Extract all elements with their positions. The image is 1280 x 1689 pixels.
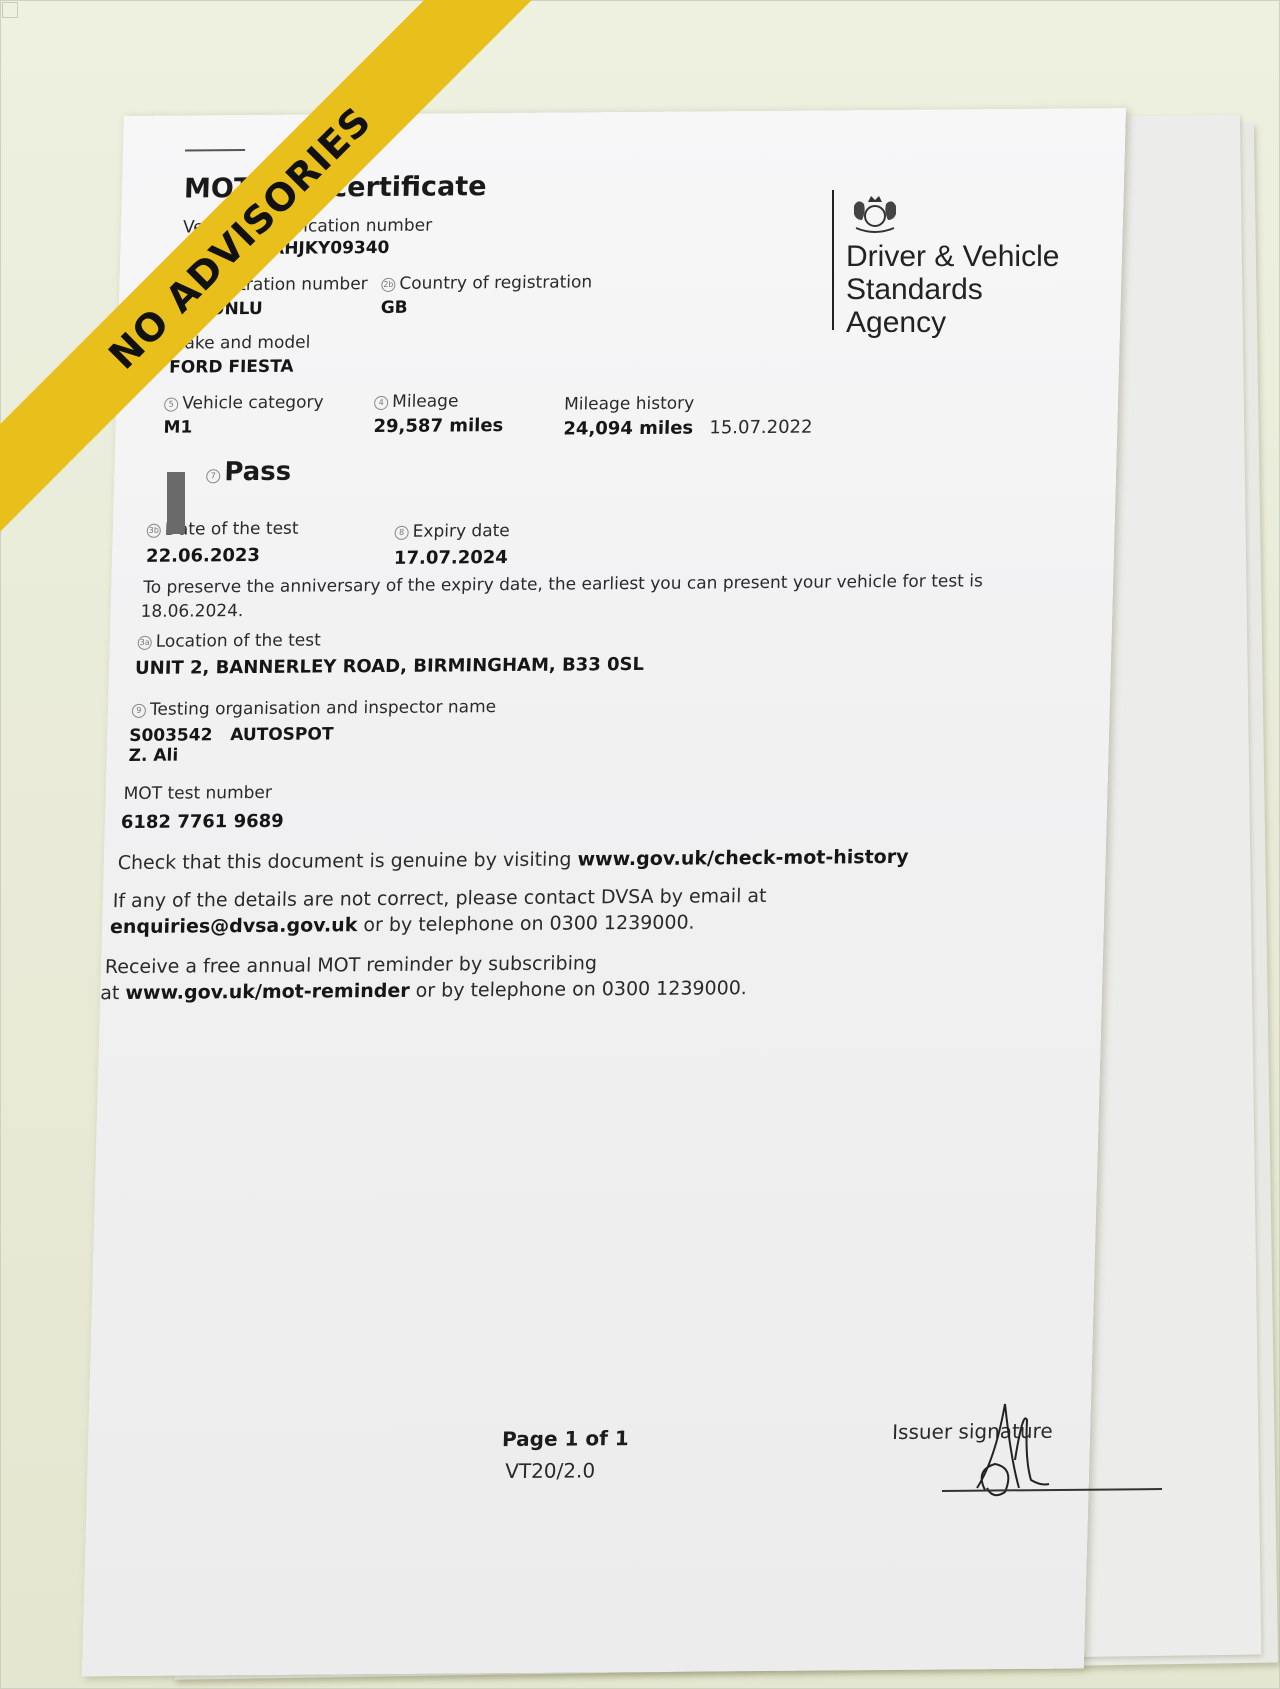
mileage-history-date: 15.07.2022: [709, 417, 813, 439]
ref-3a-icon: 3a: [138, 636, 152, 650]
ref-3b-icon: 3b: [147, 524, 161, 538]
header-rule: [185, 149, 245, 151]
logo-divider: [832, 190, 834, 330]
mileage-value: 29,587 miles: [373, 415, 503, 437]
organisation-value: S003542 AUTOSPOT: [129, 724, 334, 746]
mileage-label: 4Mileage: [374, 391, 459, 412]
ref-9-icon: 9: [132, 704, 146, 718]
make-model-value: FORD FIESTA: [169, 357, 294, 378]
expiry-date-label: 8Expiry date: [394, 521, 510, 542]
test-number-label: MOT test number: [123, 783, 272, 804]
category-value: M1: [163, 417, 192, 437]
mot-reminder-link[interactable]: www.gov.uk/mot-reminder: [125, 980, 410, 1004]
reminder-line-1: Receive a free annual MOT reminder by su…: [105, 952, 598, 978]
genuine-check-text: Check that this document is genuine by v…: [117, 846, 908, 874]
ref-2b-icon: 2b: [381, 278, 395, 292]
country-label: 2bCountry of registration: [381, 272, 592, 294]
issuer-signature: [975, 1400, 1155, 1510]
royal-coat-of-arms-icon: [846, 190, 904, 240]
earliest-test-date: 18.06.2024.: [140, 601, 243, 622]
result-value: Pass: [224, 457, 292, 488]
test-date-value: 22.06.2023: [146, 545, 260, 567]
mileage-history-label: Mileage history: [564, 394, 695, 415]
category-label: 5Vehicle category: [164, 392, 324, 413]
mileage-history-value: 24,094 miles: [563, 418, 693, 440]
test-result: 7Pass: [206, 457, 292, 488]
organisation-label: 9Testing organisation and inspector name: [132, 697, 497, 720]
agency-name: Driver & Vehicle Standards Agency: [846, 240, 1059, 339]
selection-handle-icon: [2, 2, 18, 18]
dvsa-email-link[interactable]: enquiries@dvsa.gov.uk: [110, 914, 358, 938]
contact-line-2: enquiries@dvsa.gov.uk or by telephone on…: [110, 912, 695, 939]
location-label: 3aLocation of the test: [137, 630, 321, 651]
check-mot-history-link[interactable]: www.gov.uk/check-mot-history: [577, 846, 909, 871]
location-value: UNIT 2, BANNERLEY ROAD, BIRMINGHAM, B33 …: [135, 654, 645, 679]
ref-5-icon: 5: [164, 398, 178, 412]
inspector-name: Z. Ali: [128, 746, 178, 766]
expiry-date-value: 17.07.2024: [394, 547, 508, 569]
ref-8-icon: 8: [394, 526, 408, 540]
result-marker-bar: [167, 472, 185, 534]
page-number: Page 1 of 1: [502, 1426, 629, 1451]
test-number-value: 6182 7761 9689: [121, 811, 284, 833]
mot-certificate-page: MOT test certificate Vehicle identificat…: [82, 108, 1126, 1676]
country-value: GB: [380, 298, 407, 318]
form-code: VT20/2.0: [505, 1458, 596, 1483]
contact-line-1: If any of the details are not correct, p…: [112, 885, 766, 912]
ref-7-icon: 7: [206, 469, 220, 483]
anniversary-note: To preserve the anniversary of the expir…: [143, 571, 983, 598]
ref-4-icon: 4: [374, 396, 388, 410]
reminder-line-2: at www.gov.uk/mot-reminder or by telepho…: [100, 977, 747, 1004]
